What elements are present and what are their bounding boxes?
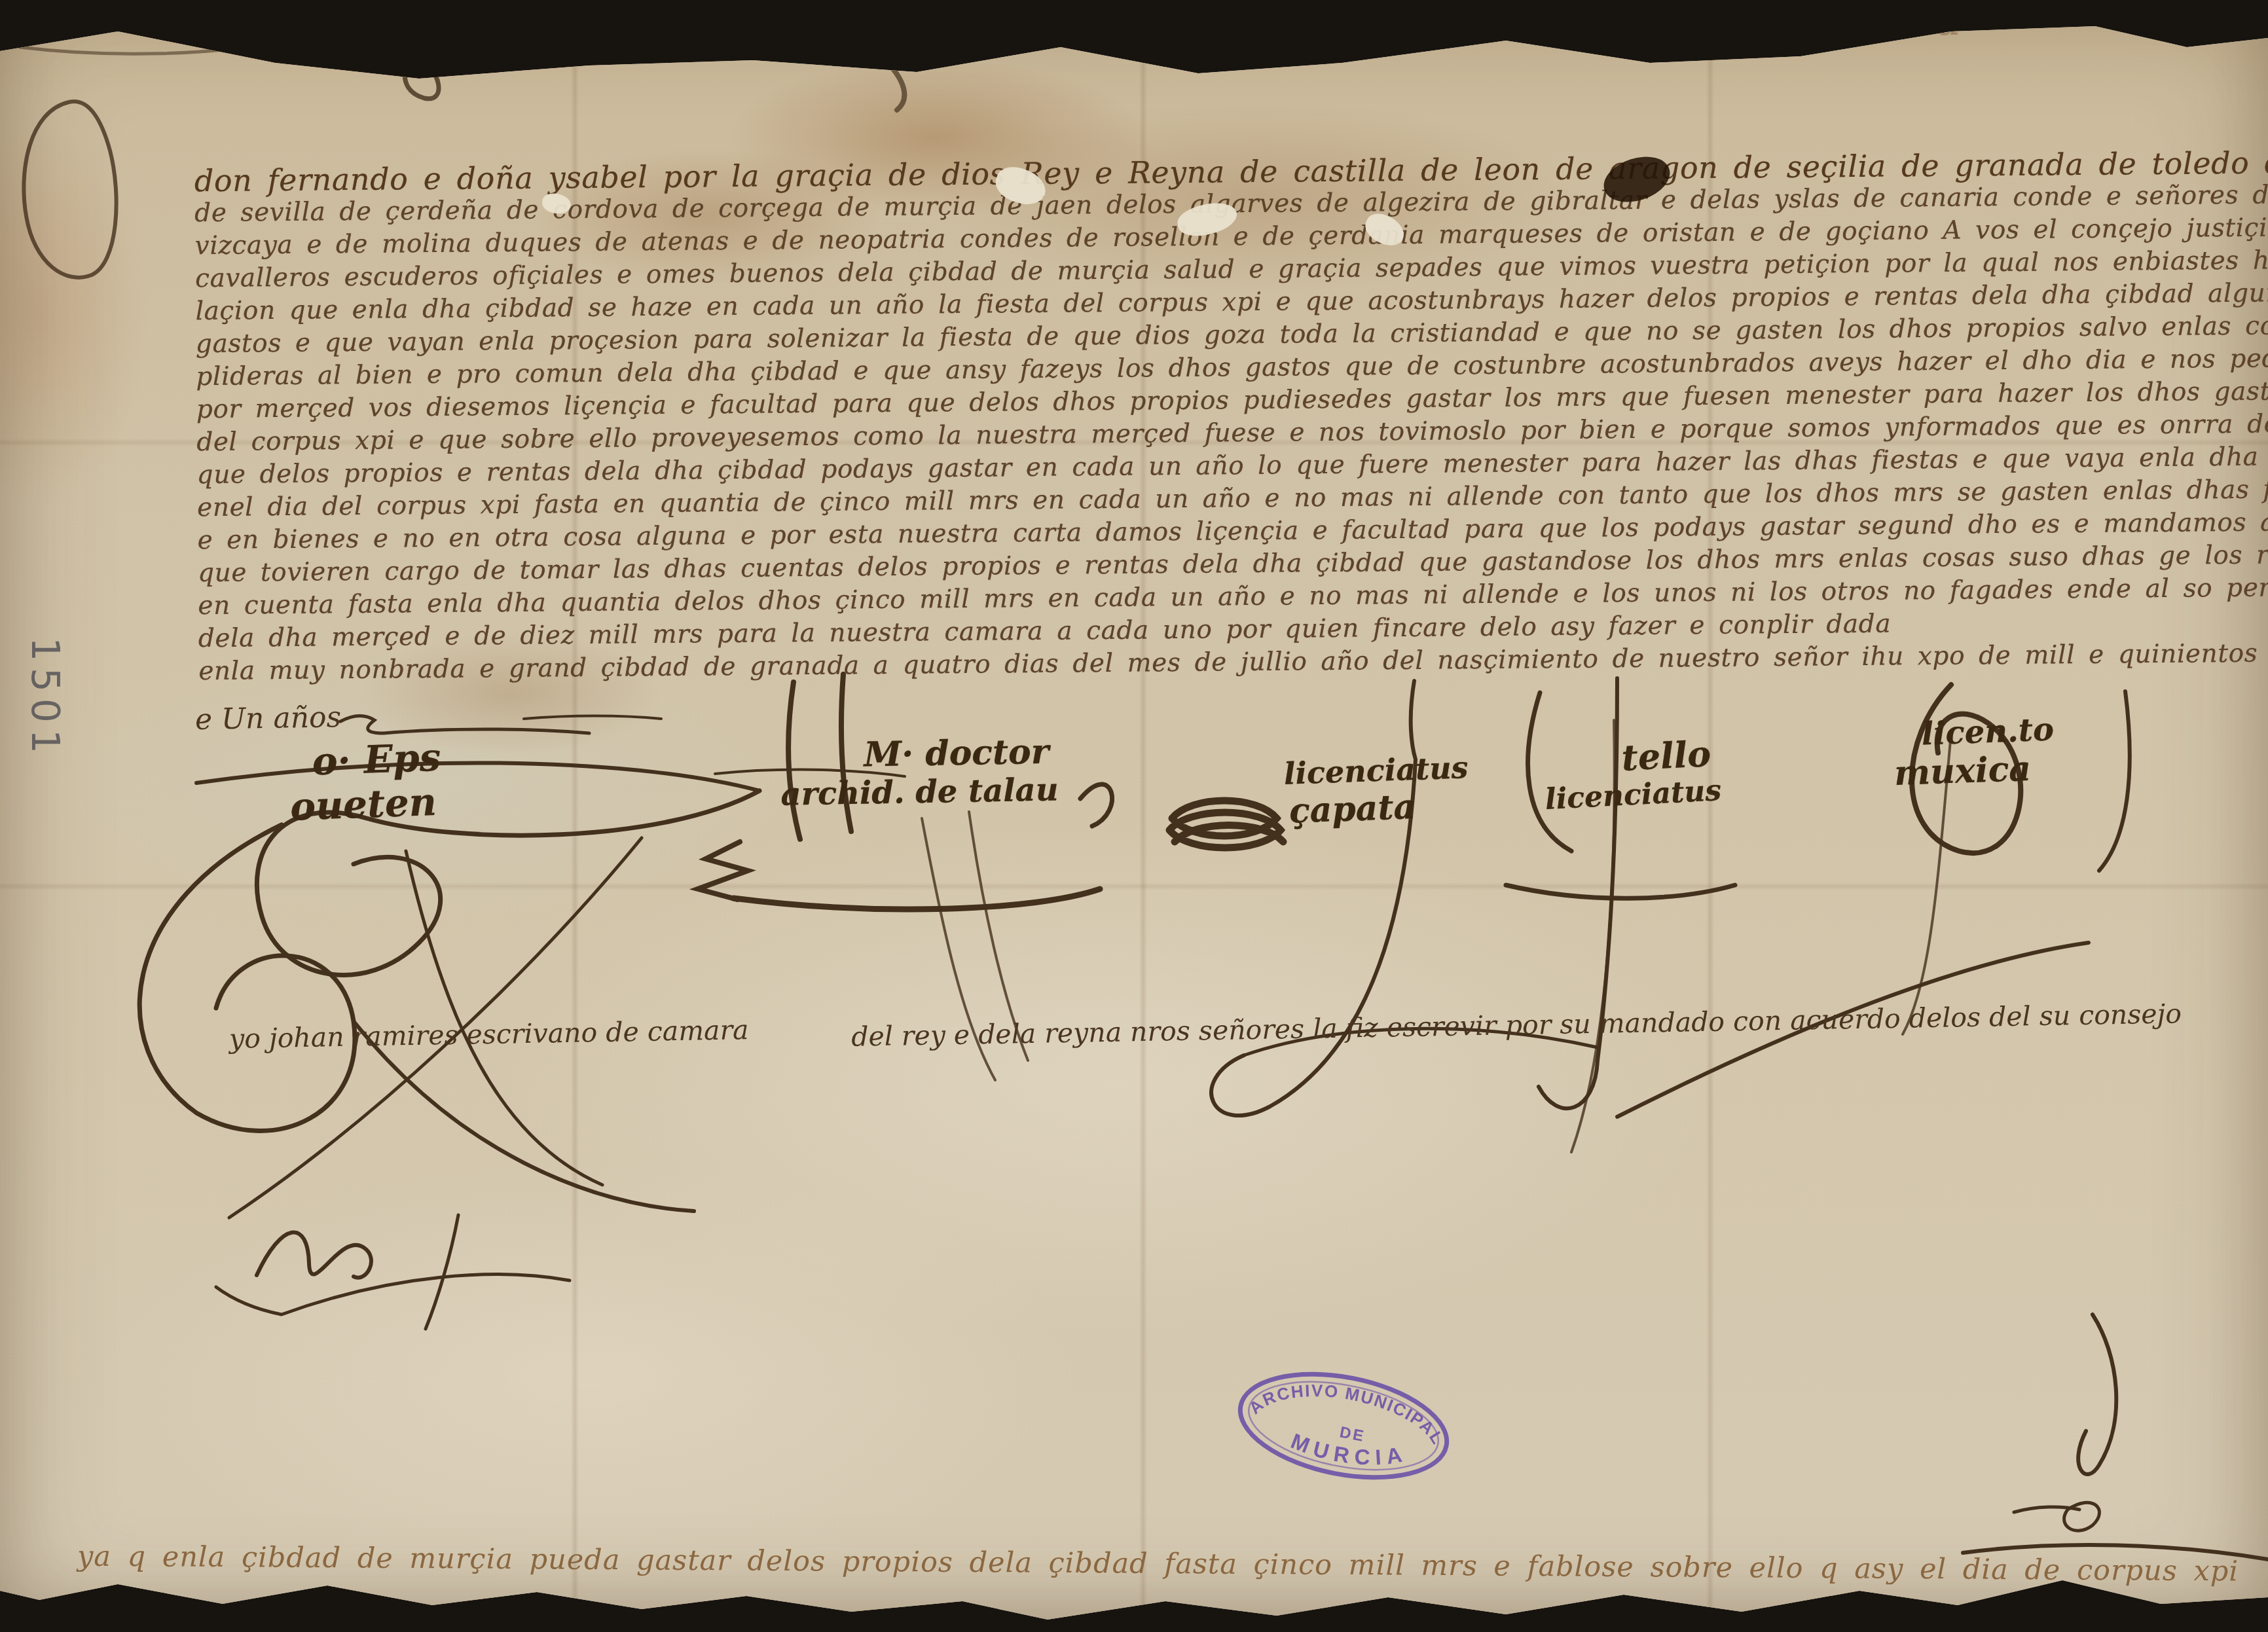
parchment-sheet: facultad para gastar en cada Un año çinc… bbox=[0, 0, 2268, 1632]
signature-doctor-talavera: M· doctor archid. de talau bbox=[864, 731, 1059, 811]
right-margin-rubric bbox=[2078, 1315, 2116, 1474]
scan-background: facultad para gastar en cada Un año çinc… bbox=[0, 0, 2268, 1632]
signature-line: o· Eps bbox=[312, 735, 442, 784]
signature-bishop-oviedo: o· Eps oueten bbox=[312, 735, 443, 829]
tello-rubric bbox=[1506, 885, 1735, 898]
signature-line: archid. de talau bbox=[780, 771, 1059, 812]
bishop-rubric bbox=[196, 763, 759, 791]
talavera-rubric bbox=[733, 889, 1100, 909]
signature-line: çapata bbox=[1289, 785, 1471, 831]
header-swash bbox=[12, 28, 291, 54]
docket-header: facultad para gastar en cada Un año çinc… bbox=[452, 0, 1963, 61]
talavera-rubric bbox=[788, 674, 851, 839]
docket-header-text: facultad para gastar en cada Un año bbox=[452, 1, 1314, 61]
header-stroke bbox=[885, 60, 904, 110]
signature-line: licenciatus bbox=[1283, 750, 1469, 791]
signature-line: muxica bbox=[1893, 748, 2056, 793]
year-line-flourish bbox=[340, 716, 589, 733]
scribe-rubric bbox=[216, 1215, 570, 1329]
margin-oval-mark bbox=[24, 101, 116, 278]
stamp-text-de: DE bbox=[1338, 1423, 1367, 1445]
signature-line: M· doctor bbox=[864, 731, 1058, 774]
calderon-mark bbox=[405, 25, 439, 99]
signature-line: tello bbox=[1620, 732, 1720, 779]
bishop-rubric bbox=[139, 825, 355, 1131]
scribe-rubric bbox=[257, 1232, 371, 1277]
talavera-rubric bbox=[698, 842, 748, 899]
zapata-rubric bbox=[1169, 801, 1283, 848]
signature-licenciado-zapata: licenciatus çapata bbox=[1283, 750, 1470, 831]
talavera-rubric bbox=[1080, 784, 1112, 826]
signature-line: licen.to bbox=[1921, 712, 2055, 753]
signature-licenciado-tello: tello licenciatus bbox=[1620, 732, 1722, 812]
tello-rubric bbox=[1528, 693, 1571, 851]
muxica-rubric bbox=[2099, 691, 2130, 871]
signature-line: oueten bbox=[289, 780, 443, 829]
right-margin-rubric bbox=[2014, 1502, 2099, 1531]
zapata-rubric bbox=[1211, 681, 1416, 1115]
signature-licenciado-muxica: licen.to muxica bbox=[1921, 712, 2056, 793]
